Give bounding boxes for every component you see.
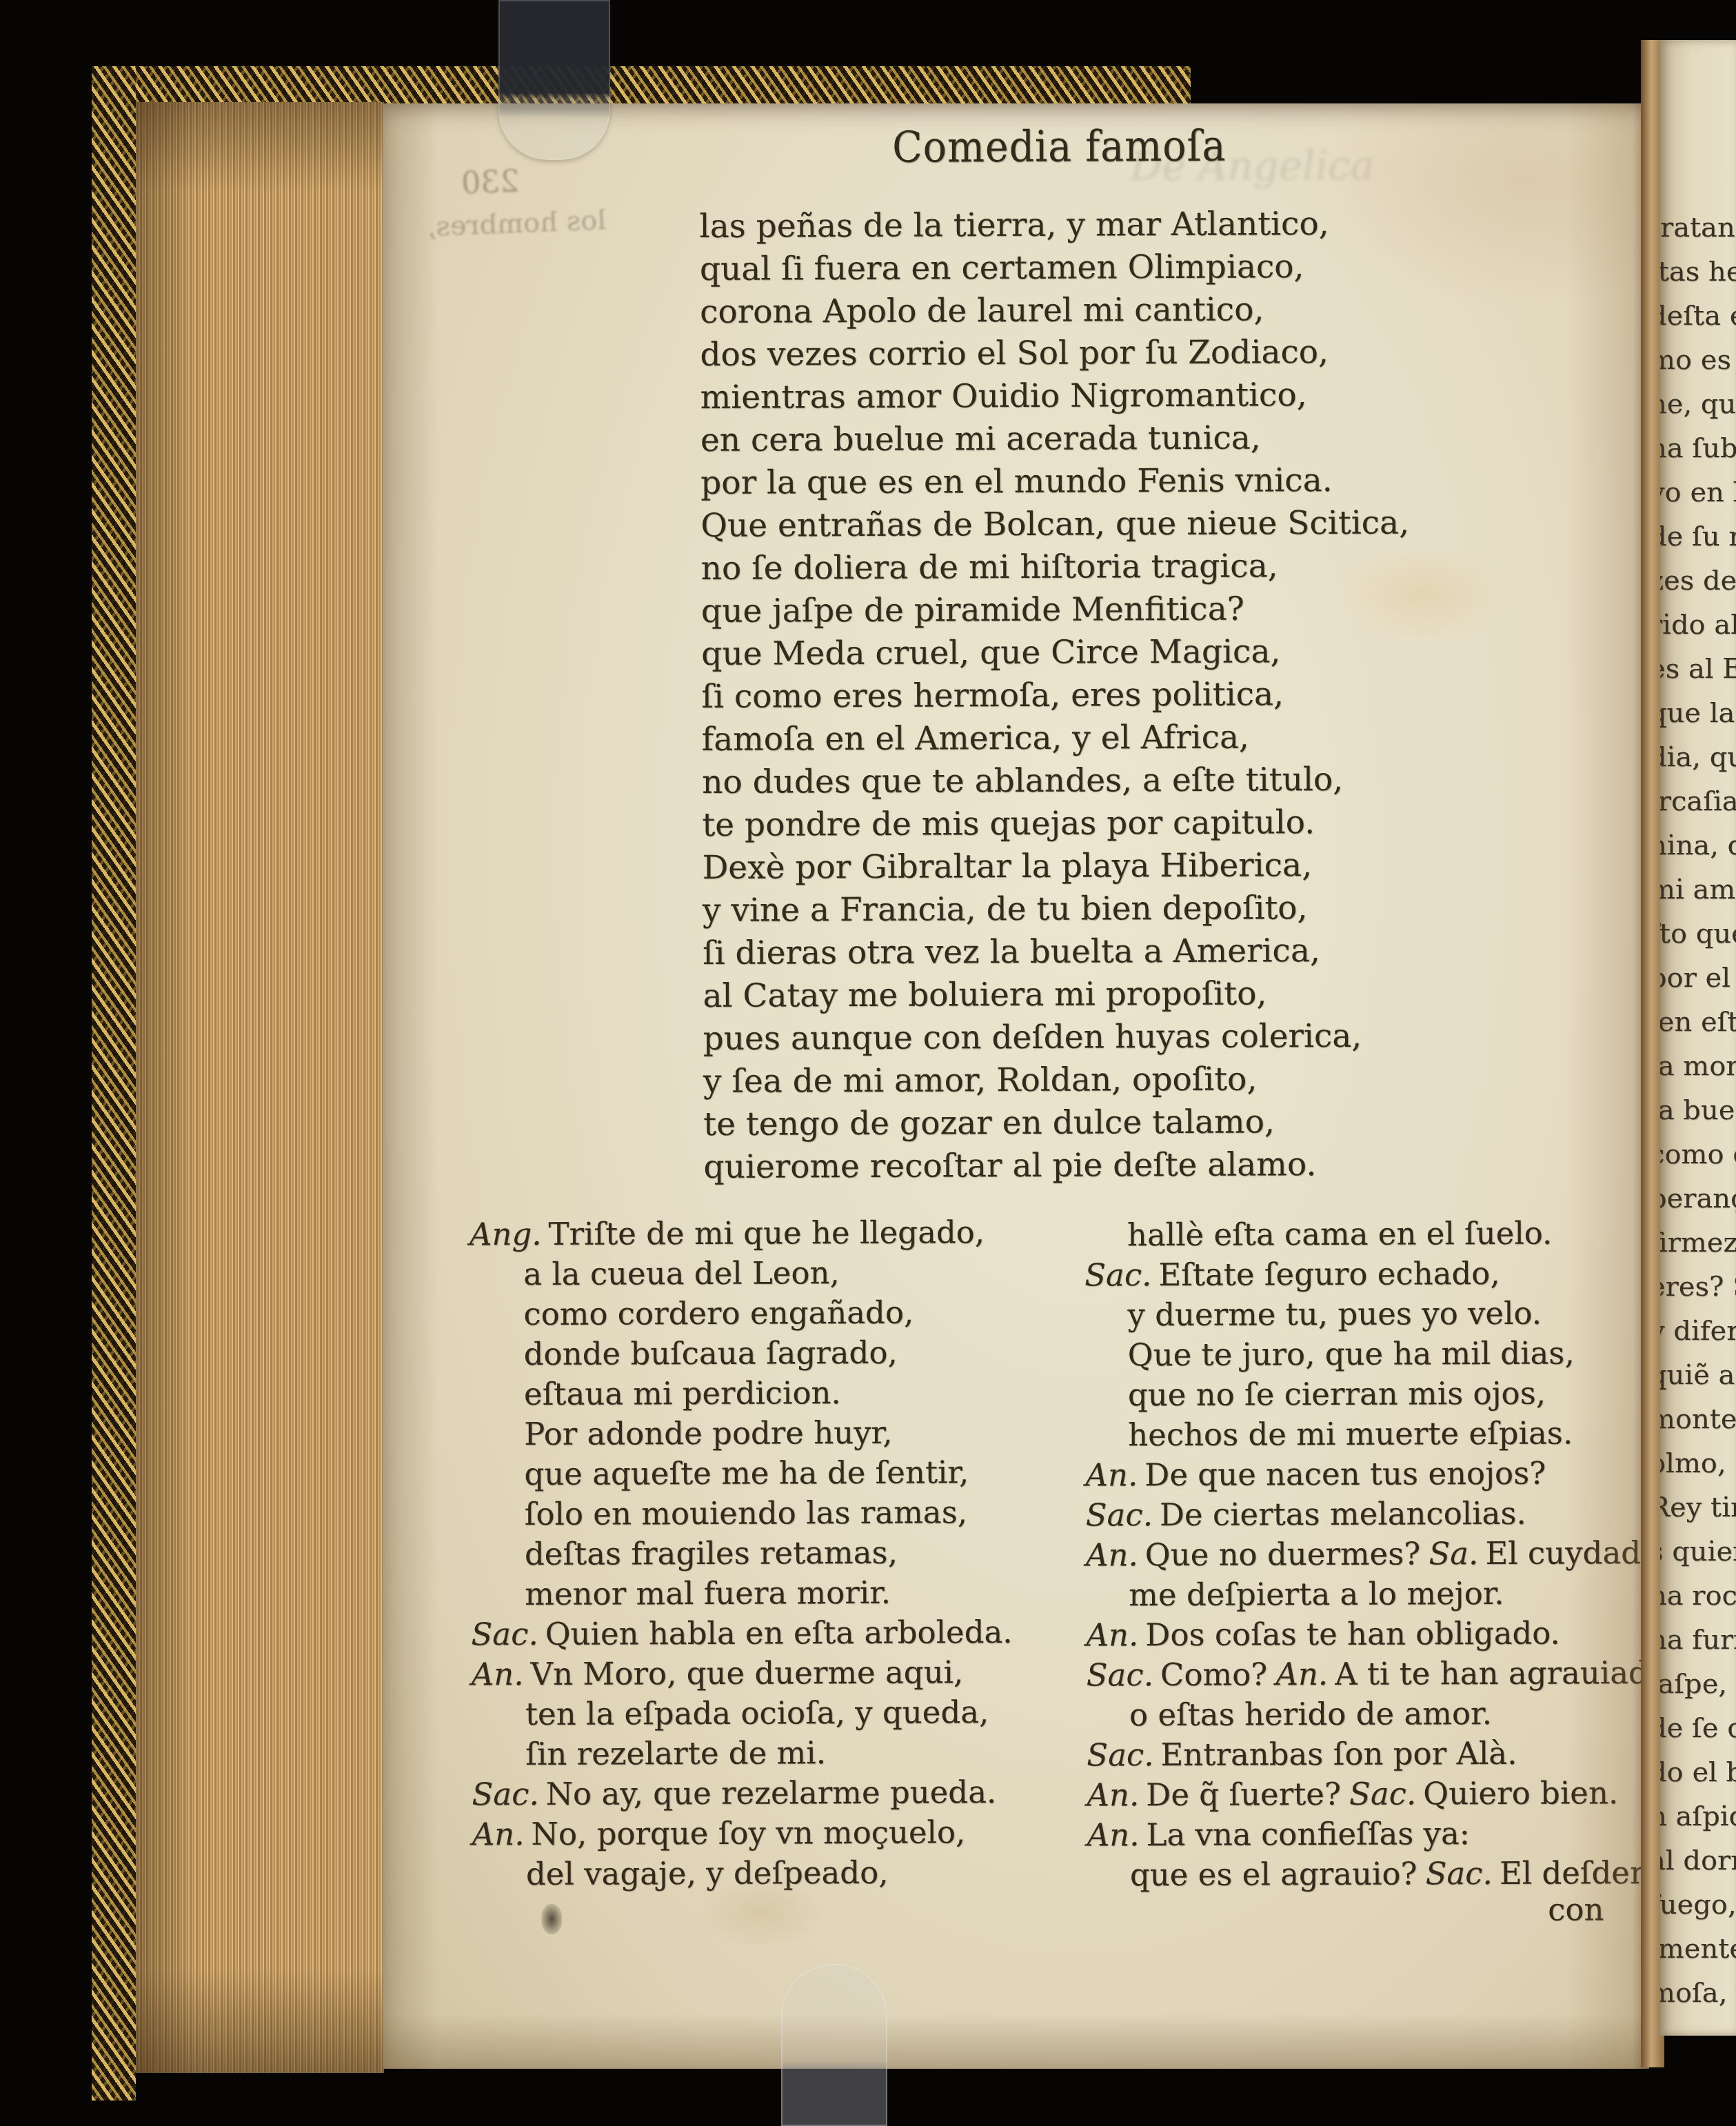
dialogue-line: me deſpierta a lo mejor.	[1086, 1573, 1658, 1616]
line-text: ten la eſpada ocioſa, y queda,	[525, 1694, 989, 1732]
next-page-line: ltas he da	[1660, 250, 1736, 294]
dialogue-column-left: Ang.Triſte de mi que he llegado,a la cue…	[470, 1212, 1065, 1895]
next-page-line: tratando	[1660, 205, 1736, 250]
dialogue-line: y duerme tu, pues yo velo.	[1084, 1293, 1657, 1336]
verse-line: dos vezes corrio el Sol por ſu Zodiaco,	[700, 330, 1500, 377]
verse-line: no dudes que te ablandes, a eſte titulo,	[702, 758, 1502, 804]
verse-line: que jaſpe de piramide Menfitica?	[701, 587, 1501, 633]
dialogue-line: An.Que no duermes?Sa.El cuydado	[1086, 1533, 1658, 1576]
line-text: menor mal fuera morir.	[525, 1574, 891, 1612]
printed-text-layer: 230 los hombres, De Angelica Comedia fam…	[379, 101, 1653, 2072]
dialogue-line: Sac.No ay, que rezelarme pueda.	[472, 1772, 1064, 1815]
line-text: o eſtas herido de amor.	[1129, 1695, 1492, 1733]
dialogue-line: An.La vna confieſſas ya:	[1087, 1813, 1659, 1856]
dialogue-line: como cordero engañado,	[470, 1292, 1062, 1335]
verse-line: mientras amor Ouidio Nigromantico,	[700, 373, 1500, 419]
dialogue-line: ten la eſpada ocioſa, y queda,	[472, 1692, 1064, 1735]
gilt-top-edge	[93, 66, 1191, 106]
dialogue-line: del vagaje, y deſpeado,	[472, 1852, 1065, 1895]
ink-blot	[541, 1904, 562, 1934]
dialogue-line: An.Dos coſas te han obligado.	[1086, 1613, 1658, 1656]
next-page-line: perança aca	[1660, 1176, 1736, 1221]
verse-line: ſi como eres hermoſa, eres politica,	[701, 672, 1501, 719]
next-page-line: lmente a v	[1660, 1927, 1736, 1971]
book-photo: 230 los hombres, De Angelica Comedia fam…	[0, 0, 1736, 2126]
next-page-line: ſto que vie	[1660, 912, 1736, 956]
speaker-label: Sac.	[1087, 1656, 1153, 1693]
line-text: hallè eſta cama en el ſuelo.	[1127, 1215, 1553, 1254]
line-text: y duerme tu, pues yo velo.	[1127, 1295, 1542, 1334]
verse-line: y ſea de mi amor, Roldan, opoſito,	[703, 1057, 1503, 1103]
line-text: ſin rezelarte de mi.	[525, 1734, 826, 1772]
next-page-line: ne, que eſt	[1660, 382, 1736, 426]
speaker-label: An.	[1087, 1776, 1139, 1813]
verse-block: las peñas de la tierra, y mar Atlantico,…	[699, 202, 1503, 1189]
dialogue-line: An.No, porque ſoy vn moçuelo,	[472, 1812, 1065, 1855]
dialogue-line: Sac.De ciertas melancolias.	[1086, 1493, 1658, 1536]
page-holder-clip-bottom	[781, 1964, 887, 2126]
next-page-line: la montaña	[1660, 1044, 1736, 1088]
line-text: De que nacen tus enojos?	[1144, 1455, 1546, 1494]
line-text: De q̃ ſuerte?	[1146, 1776, 1341, 1813]
dialogue-line: menor mal fuera morir.	[471, 1572, 1064, 1615]
verse-line: que Meda cruel, que Circe Magica,	[701, 630, 1501, 676]
next-page-line: na furia de l	[1660, 1618, 1736, 1662]
dialogue-column-right: hallè eſta cama en el ſuelo.Sac.Eſtate ſ…	[1084, 1213, 1659, 1896]
verse-line: corona Apolo de laurel mi cantico,	[700, 288, 1500, 334]
verse-line: en cera buelue mi acerada tunica,	[700, 416, 1500, 462]
next-page-line: na roca de l	[1660, 1574, 1736, 1618]
line-text: Que te juro, que ha mil dias,	[1128, 1334, 1575, 1373]
dialogue-line: que aqueſte me ha de ſentir,	[470, 1452, 1063, 1495]
next-page-line: quiẽ amas? S	[1660, 1353, 1736, 1397]
dialogue-line: Sac.Eſtate ſeguro echado,	[1084, 1253, 1657, 1296]
dialogue-line: donde buſcaua ſagrado,	[470, 1332, 1063, 1375]
dialogue-line: ſin rezelarte de mi.	[472, 1732, 1064, 1775]
speaker-label: Sa.	[1429, 1535, 1478, 1572]
dialogue-line: Ang.Triſte de mi que he llegado,	[470, 1212, 1062, 1255]
speaker-label: Sac.	[1426, 1855, 1493, 1892]
line-text: El cuydado	[1485, 1534, 1659, 1572]
next-page-line: hina, que S	[1660, 823, 1736, 868]
verse-line: qual ſi fuera en certamen Olimpiaco,	[700, 245, 1500, 291]
line-text: que no ſe cierran mis ojos,	[1128, 1375, 1546, 1414]
speaker-label: An.	[1086, 1616, 1138, 1653]
catchword: con	[1548, 1891, 1604, 1927]
next-page-line: mo es Ang	[1660, 338, 1736, 382]
next-page-line: dia, que Tr	[1660, 735, 1736, 779]
next-page-line: zes deſde e	[1660, 559, 1736, 603]
verse-line: te pondre de mis quejas por capitulo.	[702, 801, 1502, 847]
verse-line: Dexè por Gibraltar la playa Hiberica,	[702, 843, 1502, 890]
next-page-line: que la ſolic	[1660, 691, 1736, 735]
verse-line: pues aunque con deſden huyas colerica,	[703, 1014, 1503, 1061]
line-text: Por adonde podre huyr,	[524, 1414, 892, 1452]
next-page-line: yo en las	[1660, 470, 1736, 514]
line-text: Que no duermes?	[1145, 1535, 1421, 1573]
next-page-line: ha ſubido	[1660, 426, 1736, 470]
speaker-label: An.	[1087, 1816, 1140, 1853]
next-page-line: es al Eſcor	[1660, 647, 1736, 691]
verse-line: famoſa en el America, y el Africa,	[702, 715, 1502, 761]
speaker-label: Sac.	[1086, 1496, 1153, 1533]
line-text: que es el agrauio?	[1130, 1855, 1417, 1893]
line-text: Dos coſas te han obligado.	[1145, 1615, 1560, 1654]
next-page-line: como eſta ll	[1660, 1132, 1736, 1176]
dialogue-line: hallè eſta cama en el ſuelo.	[1084, 1213, 1657, 1256]
line-text: hechos de mi muerte eſpias.	[1128, 1414, 1573, 1453]
line-text: No, porque ſoy vn moçuelo,	[531, 1814, 965, 1852]
next-page-sliver: tratandoltas he dadeſta enemo es Angne, …	[1660, 40, 1736, 2036]
next-page-line: de ſu rueda	[1660, 514, 1736, 559]
bleedthrough-page-number: 230	[461, 164, 520, 201]
book-page: 230 los hombres, De Angelica Comedia fam…	[383, 103, 1649, 2069]
line-text: Entranbas ſon por Alà.	[1160, 1735, 1517, 1773]
dialogue-line: An.De q̃ ſuerte?Sac.Quiero bien.	[1087, 1773, 1659, 1816]
bleedthrough-fragment: los hombres,	[427, 204, 607, 243]
page-title: Comedia famoſa	[892, 121, 1227, 172]
line-text: que aqueſte me ha de ſentir,	[524, 1454, 969, 1492]
dialogue-line: Por adonde podre huyr,	[470, 1412, 1063, 1455]
next-page-line: moſa, y de	[1660, 1971, 1736, 2015]
line-text: Eſtate ſeguro echado,	[1158, 1255, 1500, 1293]
dialogue-line: que no ſe cierran mis ojos,	[1085, 1373, 1657, 1416]
line-text: No ay, que rezelarme pueda.	[546, 1774, 997, 1812]
speaker-label: An.	[472, 1816, 525, 1852]
line-text: Triſte de mi que he llegado,	[548, 1214, 985, 1252]
dialogue-line: An.Vn Moro, que duerme aqui,	[472, 1652, 1064, 1695]
next-page-line: jaſpe, a vn	[1660, 1662, 1736, 1706]
next-page-line: por el vien	[1660, 956, 1736, 1000]
line-text: A ti te han agrauiado,	[1335, 1654, 1677, 1692]
line-text: a la cueua del Leon,	[523, 1254, 840, 1292]
dialogue-line: Sac.Como?An.A ti te han agrauiado,	[1087, 1653, 1659, 1696]
next-page-line: al dormi	[1660, 1838, 1736, 1883]
next-page-line: s quien le	[1660, 1530, 1736, 1574]
next-page-line: mi amor inf	[1660, 868, 1736, 912]
line-text: donde buſcaua ſagrado,	[524, 1334, 898, 1372]
dialogue-line: Que te juro, que ha mil dias,	[1085, 1333, 1657, 1376]
next-page-line: n aſpid, que	[1660, 1794, 1736, 1838]
next-page-line: deſta ene	[1660, 294, 1736, 338]
next-page-line: fuego, que	[1660, 1883, 1736, 1927]
speaker-label: An.	[1086, 1536, 1138, 1573]
next-page-line: la buena eſ	[1660, 1088, 1736, 1132]
speaker-label: Sac.	[471, 1616, 538, 1652]
next-page-line: olmo, o par	[1660, 1441, 1736, 1485]
line-text: eſtaua mi perdicion.	[524, 1374, 841, 1412]
next-page-line: de ſe coge	[1660, 1706, 1736, 1750]
line-text: del vagaje, y deſpeado,	[526, 1854, 889, 1892]
speaker-label: Sac.	[1087, 1736, 1153, 1773]
line-text: De ciertas melancolias.	[1160, 1495, 1526, 1533]
verse-line: no ſe doliera de mi hiſtoria tragica,	[701, 544, 1501, 590]
line-text: me deſpierta a lo mejor.	[1129, 1575, 1504, 1613]
line-text: ſolo en mouiendo las ramas,	[525, 1494, 967, 1532]
line-text: Quien habla en eſta arboleda.	[545, 1614, 1013, 1652]
next-page-line: ien eſta con	[1660, 1000, 1736, 1044]
speaker-label: Ang.	[470, 1216, 542, 1252]
line-text: deſtas fragiles retamas,	[525, 1534, 898, 1572]
speaker-label: An.	[472, 1656, 524, 1692]
next-page-line: y diferencia	[1660, 1309, 1736, 1353]
next-page-line: Rey tirano	[1660, 1485, 1736, 1530]
next-page-line: ircaſia, que	[1660, 779, 1736, 823]
gilt-fore-edge-band	[92, 66, 136, 2100]
next-page-line: do el bien ſ	[1660, 1750, 1736, 1794]
verse-line: por la que es en el mundo Fenis vnica.	[700, 459, 1500, 505]
next-page-line: eres? Sac V	[1660, 1265, 1736, 1309]
dialogue-line: a la cueua del Leon,	[470, 1252, 1062, 1295]
dialogue-line: Sac.Quien habla en eſta arboleda.	[471, 1612, 1064, 1655]
line-text: Vn Moro, que duerme aqui,	[530, 1654, 963, 1692]
verse-line: Que entrañas de Bolcan, que nieue Scitic…	[700, 501, 1500, 548]
dialogue-line: deſtas fragiles retamas,	[471, 1532, 1064, 1575]
next-page-line: firmeza, Mo	[1660, 1221, 1736, 1265]
speaker-label: An.	[1085, 1456, 1138, 1493]
speaker-label: Sac.	[1349, 1775, 1416, 1812]
line-text: La vna confieſſas ya:	[1146, 1815, 1470, 1853]
verse-line: te tengo de gozar en dulce talamo,	[703, 1100, 1503, 1146]
verse-line: ſi dieras otra vez la buelta a America,	[703, 929, 1502, 975]
dialogue-line: que es el agrauio?Sac.El deſden,	[1087, 1853, 1659, 1896]
speaker-label: An.	[1275, 1656, 1328, 1692]
verse-line: y vine a Francia, de tu bien depoſito,	[703, 886, 1502, 932]
dialogue-line: o eſtas herido de amor.	[1087, 1693, 1659, 1736]
dialogue-line: hechos de mi muerte eſpias.	[1085, 1413, 1657, 1456]
page-block-edge	[136, 102, 384, 2073]
verse-line: quierome recoſtar al pie deſte alamo.	[703, 1143, 1503, 1189]
line-text: Quiero bien.	[1423, 1774, 1618, 1812]
dialogue-line: An.De que nacen tus enojos?	[1085, 1453, 1657, 1496]
speaker-label: Sac.	[1084, 1256, 1151, 1293]
line-text: como cordero engañado,	[523, 1294, 914, 1332]
next-page-line: monte, a vn	[1660, 1397, 1736, 1441]
dialogue-line: eſtaua mi perdicion.	[470, 1372, 1063, 1415]
next-page-line: rido al Cap	[1660, 603, 1736, 647]
dialogue-line: Sac.Entranbas ſon por Alà.	[1087, 1733, 1659, 1776]
verse-line: las peñas de la tierra, y mar Atlantico,	[699, 202, 1499, 248]
speaker-label: Sac.	[472, 1776, 538, 1812]
line-text: El deſden,	[1500, 1854, 1660, 1892]
line-text: Como?	[1160, 1656, 1268, 1693]
next-page-text: tratandoltas he dadeſta enemo es Angne, …	[1660, 205, 1736, 2015]
verse-line: al Catay me boluiera mi propoſito,	[703, 972, 1502, 1018]
page-holder-clip-top	[498, 0, 610, 160]
dialogue-line: ſolo en mouiendo las ramas,	[471, 1492, 1064, 1535]
